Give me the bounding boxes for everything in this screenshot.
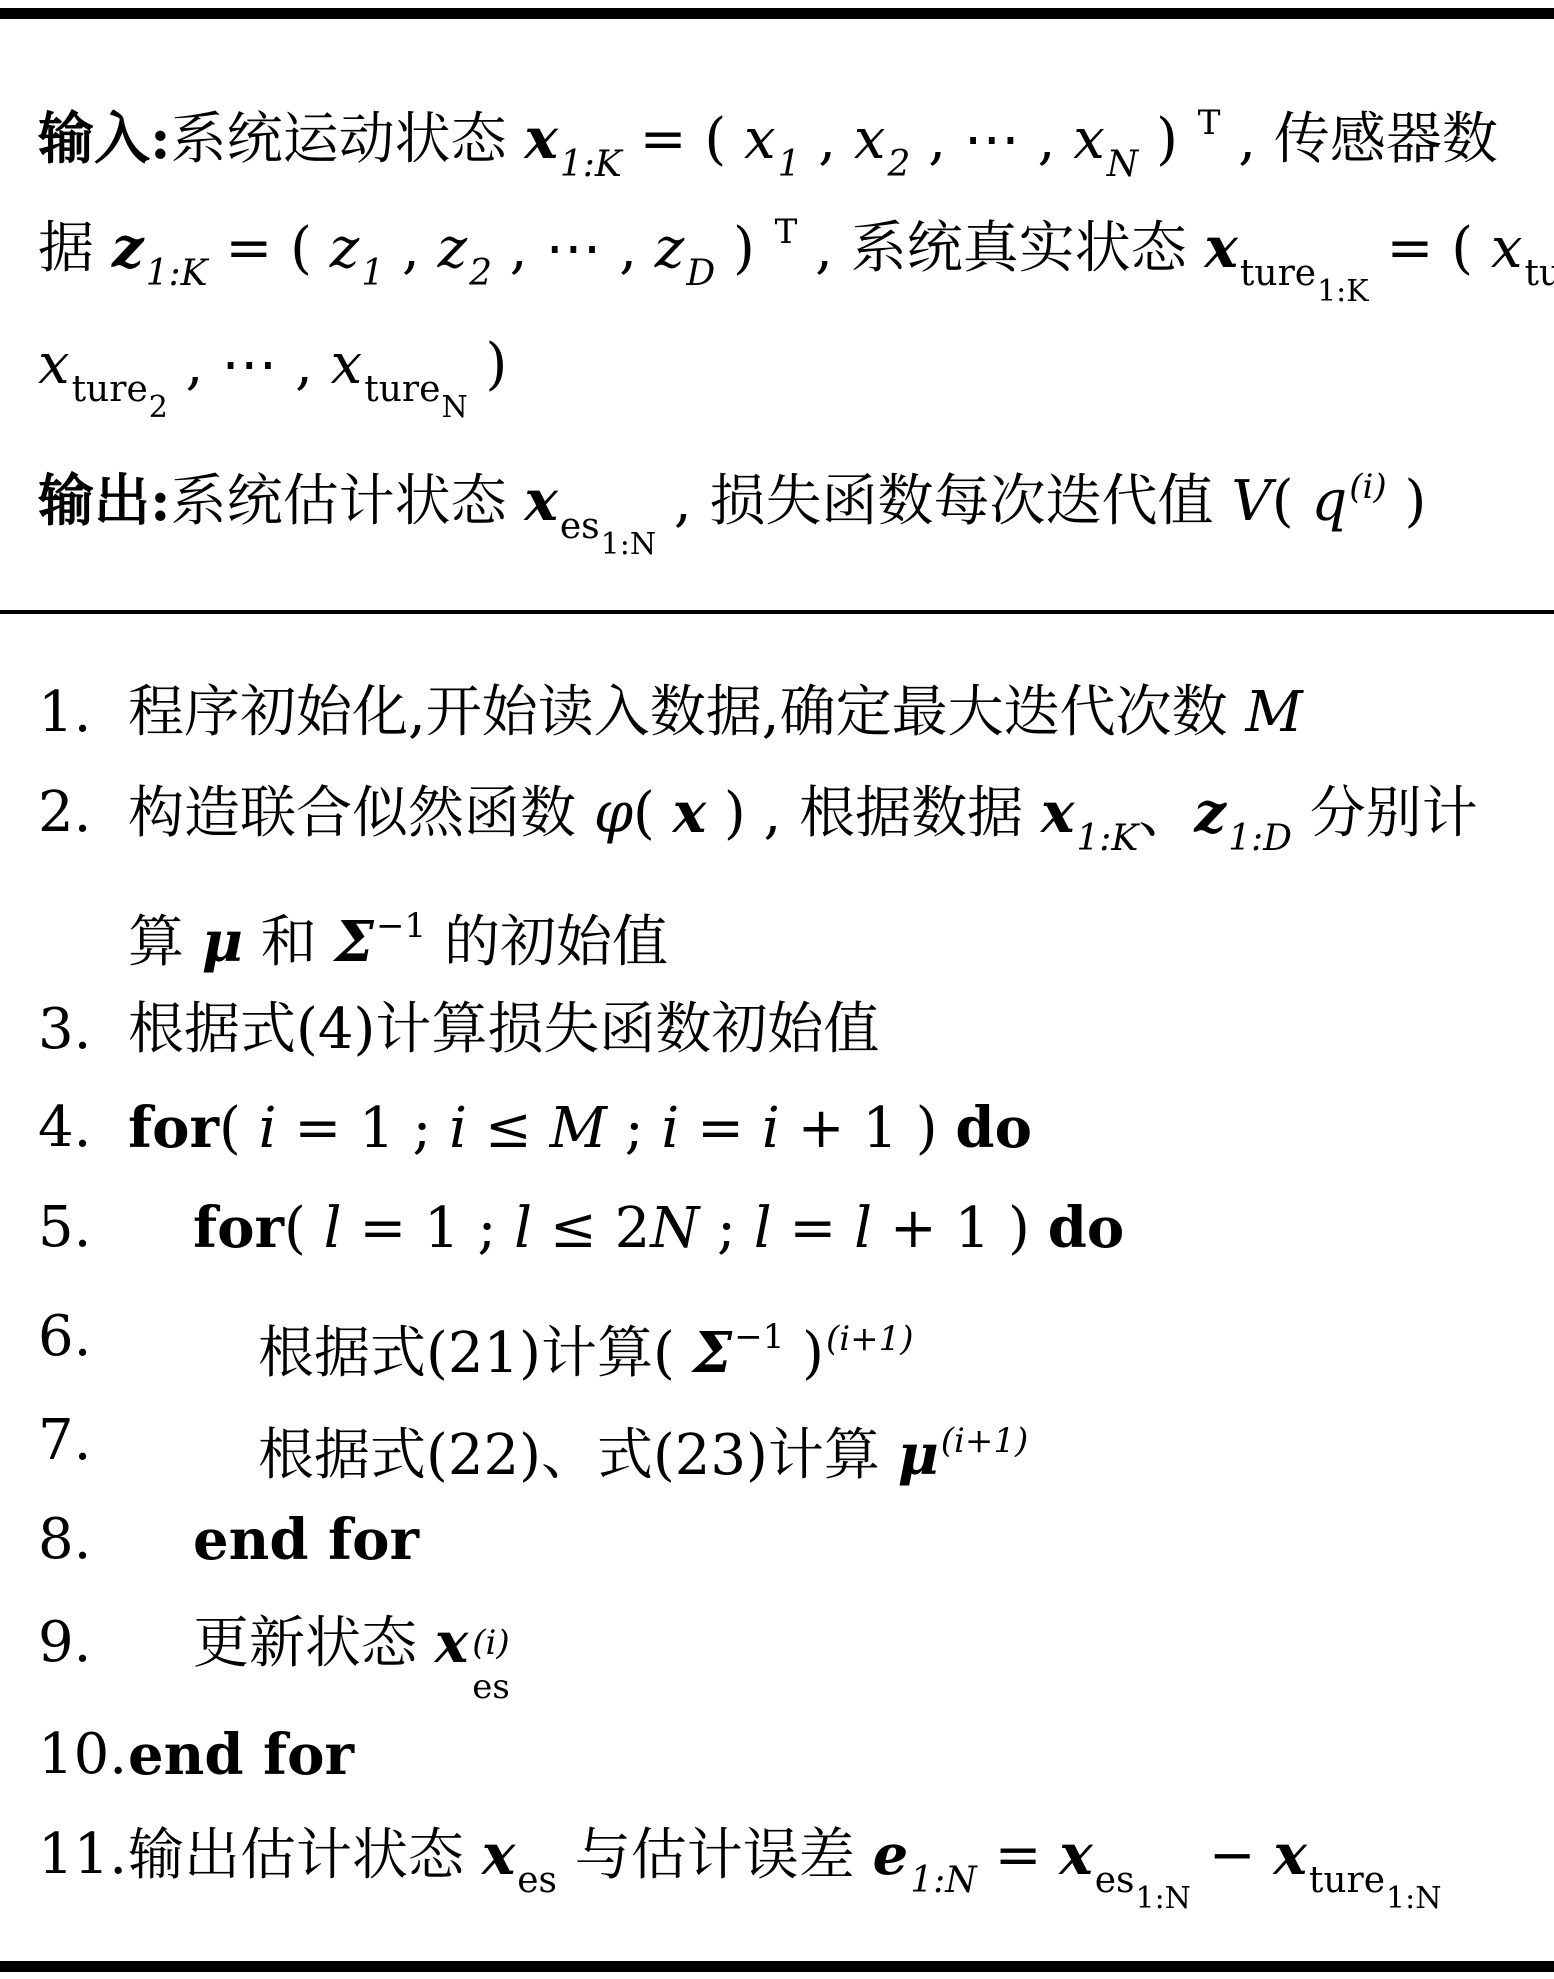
text-segment: = ( [1369, 216, 1491, 281]
text-segment: ture [1309, 1860, 1385, 1901]
step-content: 算 μ 和 Σ−1 的初始值 [128, 876, 668, 976]
superscript-text: (i) [472, 1621, 510, 1665]
text-segment: φ [594, 781, 633, 846]
text-segment: z [112, 215, 144, 281]
step-line: 4.for( i = 1 ; i ≤ M ; i = i + 1 ) do [38, 1078, 1540, 1178]
text-segment: x [331, 332, 363, 397]
algorithm-figure: 输入:系统运动状态 x1:K = ( x1 , x2 , ⋯ , xN ) T … [0, 0, 1554, 1979]
text-segment: x [524, 468, 557, 534]
text-segment: 分别计 [1292, 781, 1478, 846]
text-segment: x [854, 107, 886, 172]
text-segment: T [1198, 103, 1221, 143]
text-segment: 1 [361, 253, 384, 294]
text-segment: x [1073, 107, 1105, 172]
text-segment: 1:K [146, 253, 208, 294]
text-segment: ( [1272, 469, 1312, 534]
text-segment: end for [193, 1507, 419, 1573]
text-segment: do [1048, 1195, 1125, 1261]
text-segment: , ⋯ , [168, 332, 331, 397]
step-content: 根据式(4)计算损失函数初始值 [128, 980, 879, 1080]
text-segment: i [449, 1096, 467, 1161]
text-segment: N [650, 1196, 699, 1261]
header-separator-rule [0, 610, 1554, 614]
text-segment: −1 [376, 906, 426, 946]
step-line: 5.for( l = 1 ; l ≤ 2N ; l = l + 1 ) do [38, 1178, 1540, 1278]
text-segment: Σ [334, 909, 374, 975]
step-line: 11.输出估计状态 xes 与估计误差 e1:N = xes1:N − xtur… [38, 1805, 1540, 1905]
text-segment: x [1041, 780, 1074, 846]
text-segment: 2 [469, 253, 492, 294]
step-content: 程序初始化,开始读入数据,确定最大迭代次数 M [128, 663, 1303, 763]
text-segment: , 损失函数每次迭代值 [656, 469, 1231, 534]
text-segment: 、 [1138, 781, 1194, 846]
step-number: 6. [38, 1287, 128, 1387]
text-segment: 系统运动状态 [171, 107, 525, 172]
text-segment: 1:K [1076, 818, 1138, 859]
text-segment: ( [219, 1096, 259, 1161]
text-segment: ) [784, 1321, 824, 1386]
bottom-border-rule [0, 1961, 1554, 1972]
step-number [38, 876, 128, 976]
text-segment: ≤ [467, 1096, 550, 1161]
text-segment: ( [633, 781, 673, 846]
text-segment: 输入: [38, 106, 171, 172]
text-segment: (i) [1349, 467, 1386, 507]
text-segment: z [438, 216, 468, 281]
step-content: end for [128, 1705, 354, 1805]
text-segment: z [1194, 780, 1226, 846]
text-segment: 1:K [1317, 274, 1369, 309]
text-segment: ; [699, 1196, 753, 1261]
step-line: 8.end for [38, 1490, 1540, 1590]
text-segment: i [259, 1096, 277, 1161]
header-line: xture2 , ⋯ , xtureN ) [38, 315, 1540, 415]
text-segment: 与估计误差 [557, 1823, 873, 1888]
text-segment: M [1245, 680, 1302, 745]
text-segment: 更新状态 [193, 1611, 435, 1676]
text-segment: = [772, 1196, 855, 1261]
text-segment: x [482, 1822, 515, 1888]
text-segment: i [762, 1096, 780, 1161]
text-segment: , ⋯ , [492, 216, 655, 281]
text-segment: = [679, 1096, 762, 1161]
step-number: 2. [38, 763, 128, 863]
step-number: 10. [38, 1705, 128, 1805]
text-segment: 根据式(4)计算损失函数初始值 [128, 997, 879, 1062]
text-segment: es [1095, 1860, 1135, 1901]
step-content: for( i = 1 ; i ≤ M ; i = i + 1 ) do [128, 1078, 1032, 1178]
text-segment: (i+1) [826, 1319, 914, 1359]
text-segment: μ [202, 909, 243, 975]
text-segment: ) [1138, 107, 1195, 172]
step-line: 算 μ 和 Σ−1 的初始值 [38, 876, 1540, 976]
text-segment: T [775, 212, 798, 252]
step-content: for( l = 1 ; l ≤ 2N ; l = l + 1 ) do [128, 1178, 1124, 1278]
text-segment: , 系统真实状态 [797, 216, 1204, 281]
text-segment: + 1 ) [872, 1196, 1048, 1261]
header-line: 据 z1:K = ( z1 , z2 , ⋯ , zD ) T , 系统真实状态… [38, 182, 1540, 282]
text-segment: + 1 ) [780, 1096, 956, 1161]
text-segment: q [1311, 469, 1347, 534]
text-segment: ) , 根据数据 [706, 781, 1041, 846]
step-number: 5. [38, 1178, 128, 1278]
header-line: 输入:系统运动状态 x1:K = ( x1 , x2 , ⋯ , xN ) T … [38, 73, 1540, 173]
supsub-segment: (i)es [472, 1621, 510, 1709]
text-segment: = 1 ; [342, 1196, 515, 1261]
text-segment: ) [468, 332, 508, 397]
step-line: 3.根据式(4)计算损失函数初始值 [38, 980, 1540, 1080]
text-segment: = ( [208, 216, 330, 281]
text-segment: 根据式(21)计算( [258, 1321, 693, 1386]
text-segment: − [1191, 1823, 1274, 1888]
text-segment: ture [72, 369, 148, 410]
text-segment: = ( [622, 107, 744, 172]
step-content: 根据式(22)、式(23)计算 μ(i+1) [128, 1391, 1028, 1491]
text-segment: 1:N [910, 1860, 977, 1901]
step-line: 9.更新状态 x(i)es [38, 1593, 1540, 1693]
step-content: 更新状态 x(i)es [128, 1593, 510, 1693]
step-number: 1. [38, 663, 128, 763]
text-segment: 算 [128, 910, 202, 975]
text-segment: 的初始值 [426, 910, 668, 975]
text-segment: do [955, 1095, 1032, 1161]
text-segment: 1 [778, 144, 801, 185]
text-segment: 输出估计状态 [128, 1823, 482, 1888]
text-segment: ture [1524, 253, 1554, 294]
step-line: 2.构造联合似然函数 φ( x ) , 根据数据 x1:K、z1:D 分别计 [38, 763, 1540, 863]
text-segment: 根据式(22)、式(23)计算 [258, 1423, 898, 1488]
text-segment: 1:N [1386, 1881, 1441, 1916]
text-segment: 1:N [601, 527, 656, 562]
text-segment: x [1273, 1822, 1306, 1888]
text-segment: l [324, 1196, 342, 1261]
text-segment: 构造联合似然函数 [128, 781, 594, 846]
step-number: 4. [38, 1078, 128, 1178]
text-segment: 据 [38, 216, 112, 281]
step-number: 9. [38, 1593, 128, 1693]
text-segment: 2 [887, 144, 910, 185]
text-segment: for [128, 1095, 219, 1161]
step-content: 输出估计状态 xes 与估计误差 e1:N = xes1:N − xture1:… [128, 1805, 1441, 1905]
text-segment: ) [715, 216, 772, 281]
text-segment: es [517, 1860, 557, 1901]
text-segment: 程序初始化,开始读入数据,确定最大迭代次数 [128, 680, 1245, 745]
text-segment: x [524, 106, 557, 172]
text-segment: , 传感器数 [1220, 107, 1497, 172]
text-segment: x [673, 780, 706, 846]
text-segment: ≤ 2 [532, 1196, 650, 1261]
text-segment: x [1205, 215, 1238, 281]
text-segment: x [1491, 216, 1523, 281]
text-segment: x [1059, 1822, 1092, 1888]
text-segment: ) [1387, 469, 1427, 534]
text-segment: Σ [693, 1320, 733, 1386]
step-number: 7. [38, 1391, 128, 1491]
text-segment: , [384, 216, 437, 281]
text-segment: = 1 ; [277, 1096, 450, 1161]
top-border-rule [0, 8, 1554, 19]
text-segment: μ [898, 1422, 939, 1488]
text-segment: i [661, 1096, 679, 1161]
text-segment: x [435, 1610, 468, 1676]
text-segment: l [514, 1196, 532, 1261]
step-content: 根据式(21)计算( Σ−1 )(i+1) [128, 1287, 914, 1387]
step-line: 10.end for [38, 1705, 1540, 1805]
step-number: 8. [38, 1490, 128, 1590]
step-line: 6.根据式(21)计算( Σ−1 )(i+1) [38, 1287, 1540, 1387]
text-segment: l [754, 1196, 772, 1261]
text-segment: z [655, 216, 685, 281]
text-segment: 1:D [1228, 818, 1292, 859]
text-segment: M [550, 1096, 607, 1161]
subscript-text: es [472, 1665, 510, 1709]
step-line: 1.程序初始化,开始读入数据,确定最大迭代次数 M [38, 663, 1540, 763]
text-segment: ture [1240, 253, 1316, 294]
text-segment: D [686, 253, 715, 294]
text-segment: x [744, 107, 776, 172]
text-segment: 和 [243, 910, 335, 975]
text-segment: es [560, 506, 600, 547]
text-segment: for [193, 1195, 284, 1261]
step-number: 11. [38, 1805, 128, 1905]
text-segment: 系统估计状态 [171, 469, 525, 534]
text-segment: V [1231, 469, 1271, 534]
text-segment: N [441, 390, 467, 425]
text-segment: l [854, 1196, 872, 1261]
text-segment: ; [607, 1096, 661, 1161]
text-segment: 1:K [560, 144, 622, 185]
text-segment: z [330, 216, 360, 281]
text-segment: x [38, 332, 70, 397]
text-segment: e [873, 1822, 909, 1888]
step-line: 7.根据式(22)、式(23)计算 μ(i+1) [38, 1391, 1540, 1491]
step-number: 3. [38, 980, 128, 1080]
text-segment: 1:N [1135, 1881, 1190, 1916]
text-segment: , ⋯ , [910, 107, 1073, 172]
text-segment: ( [284, 1196, 324, 1261]
text-segment: −1 [734, 1317, 784, 1357]
text-segment: N [1107, 144, 1139, 185]
step-content: 构造联合似然函数 φ( x ) , 根据数据 x1:K、z1:D 分别计 [128, 763, 1478, 863]
text-segment: end for [128, 1722, 354, 1788]
text-segment: = [977, 1823, 1060, 1888]
text-segment: , [800, 107, 853, 172]
step-content: end for [128, 1490, 419, 1590]
text-segment: ture [364, 369, 440, 410]
text-segment: 2 [149, 390, 168, 425]
text-segment: (i+1) [941, 1421, 1029, 1461]
text-segment: 输出: [38, 468, 171, 534]
header-line: 输出:系统估计状态 xes1:N , 损失函数每次迭代值 V( q(i) ) [38, 437, 1540, 537]
